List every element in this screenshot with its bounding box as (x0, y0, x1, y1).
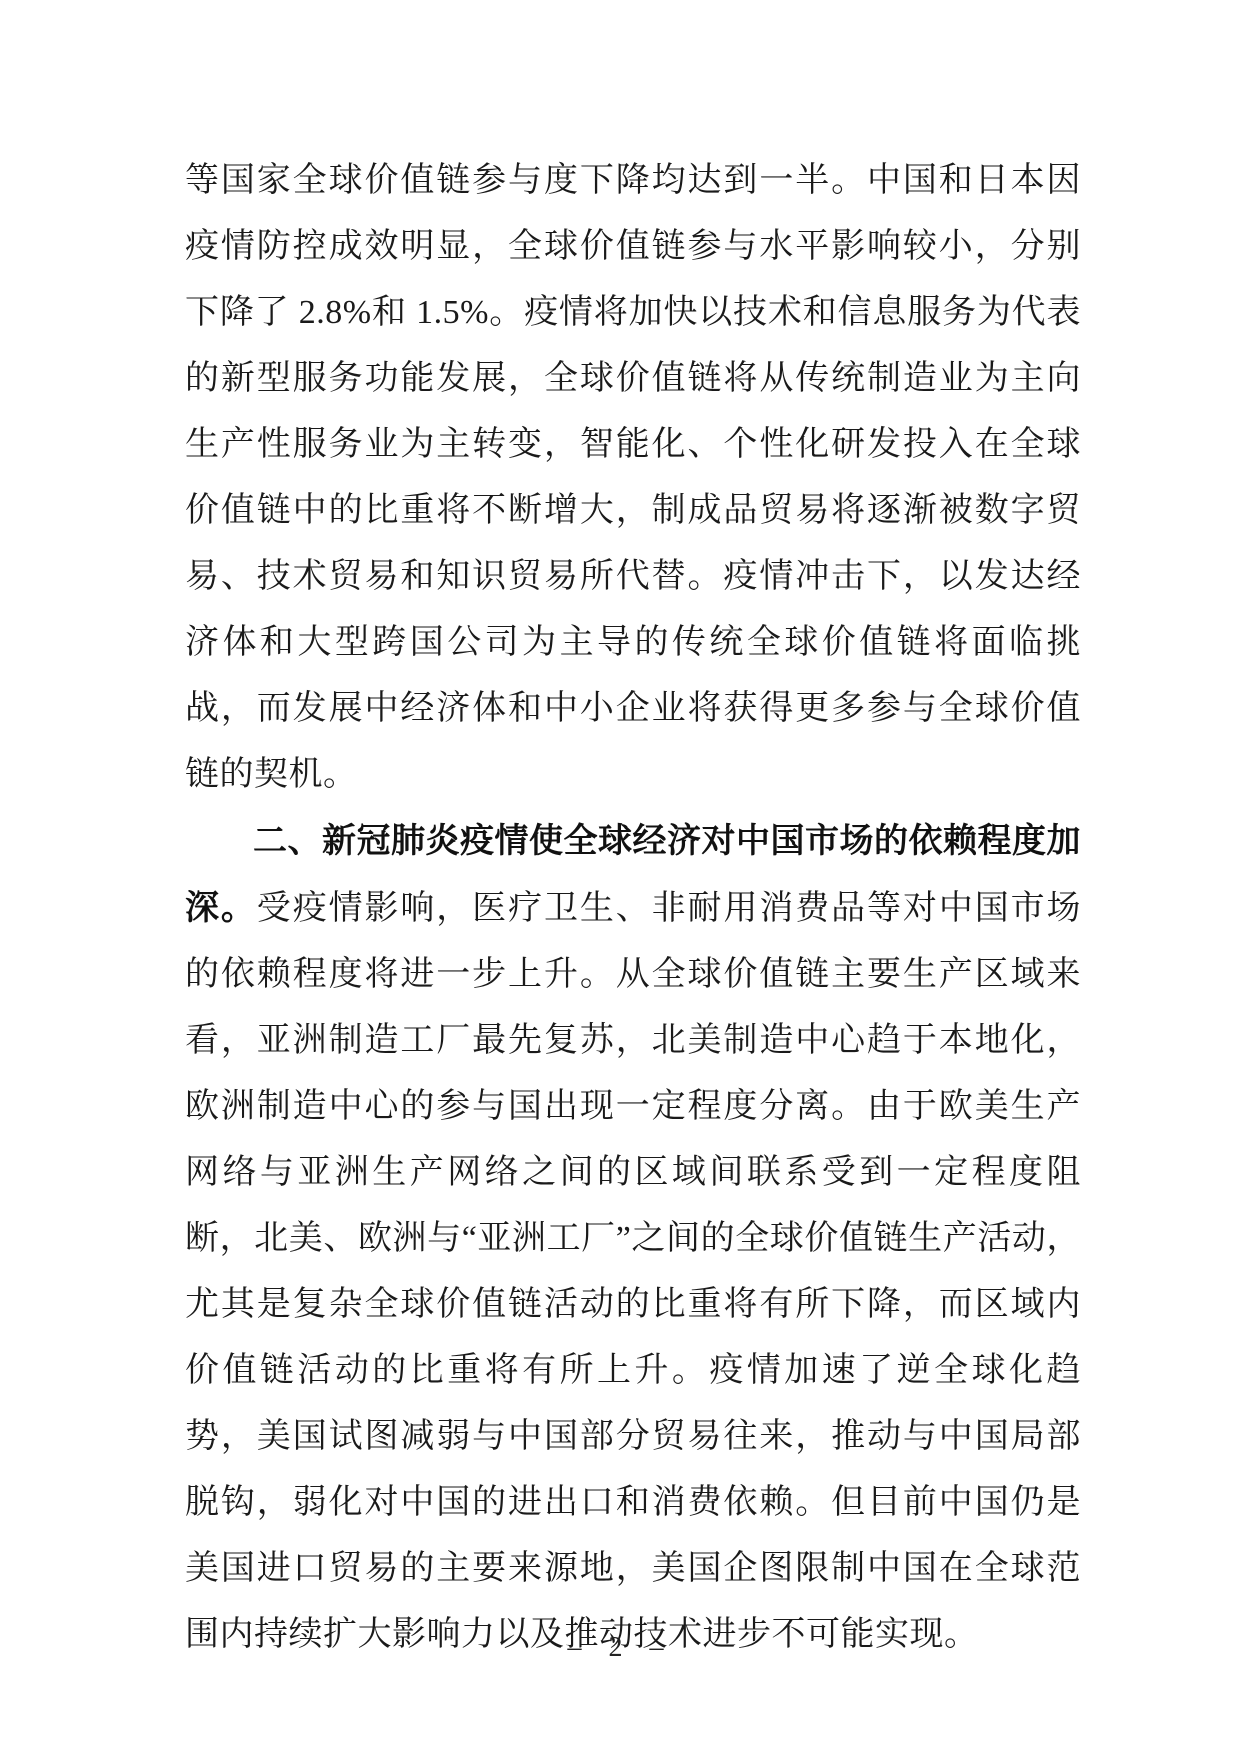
paragraph-continuation: 等国家全球价值链参与度下降均达到一半。中国和日本因疫情防控成效明显，全球价值链参… (185, 148, 1081, 808)
section-two-body: 受疫情影响，医疗卫生、非耐用消费品等对中国市场的依赖程度将进一步上升。从全球价值… (185, 890, 1081, 1653)
document-page: 等国家全球价值链参与度下降均达到一半。中国和日本因疫情防控成效明显，全球价值链参… (0, 0, 1241, 1754)
document-body: 等国家全球价值链参与度下降均达到一半。中国和日本因疫情防控成效明显，全球价值链参… (185, 148, 1081, 1668)
page-footer: – 2 – (0, 1632, 1241, 1664)
page-number: – 2 – (568, 1632, 674, 1663)
paragraph-section-two: 二、新冠肺炎疫情使全球经济对中国市场的依赖程度加深。受疫情影响，医疗卫生、非耐用… (185, 808, 1081, 1668)
